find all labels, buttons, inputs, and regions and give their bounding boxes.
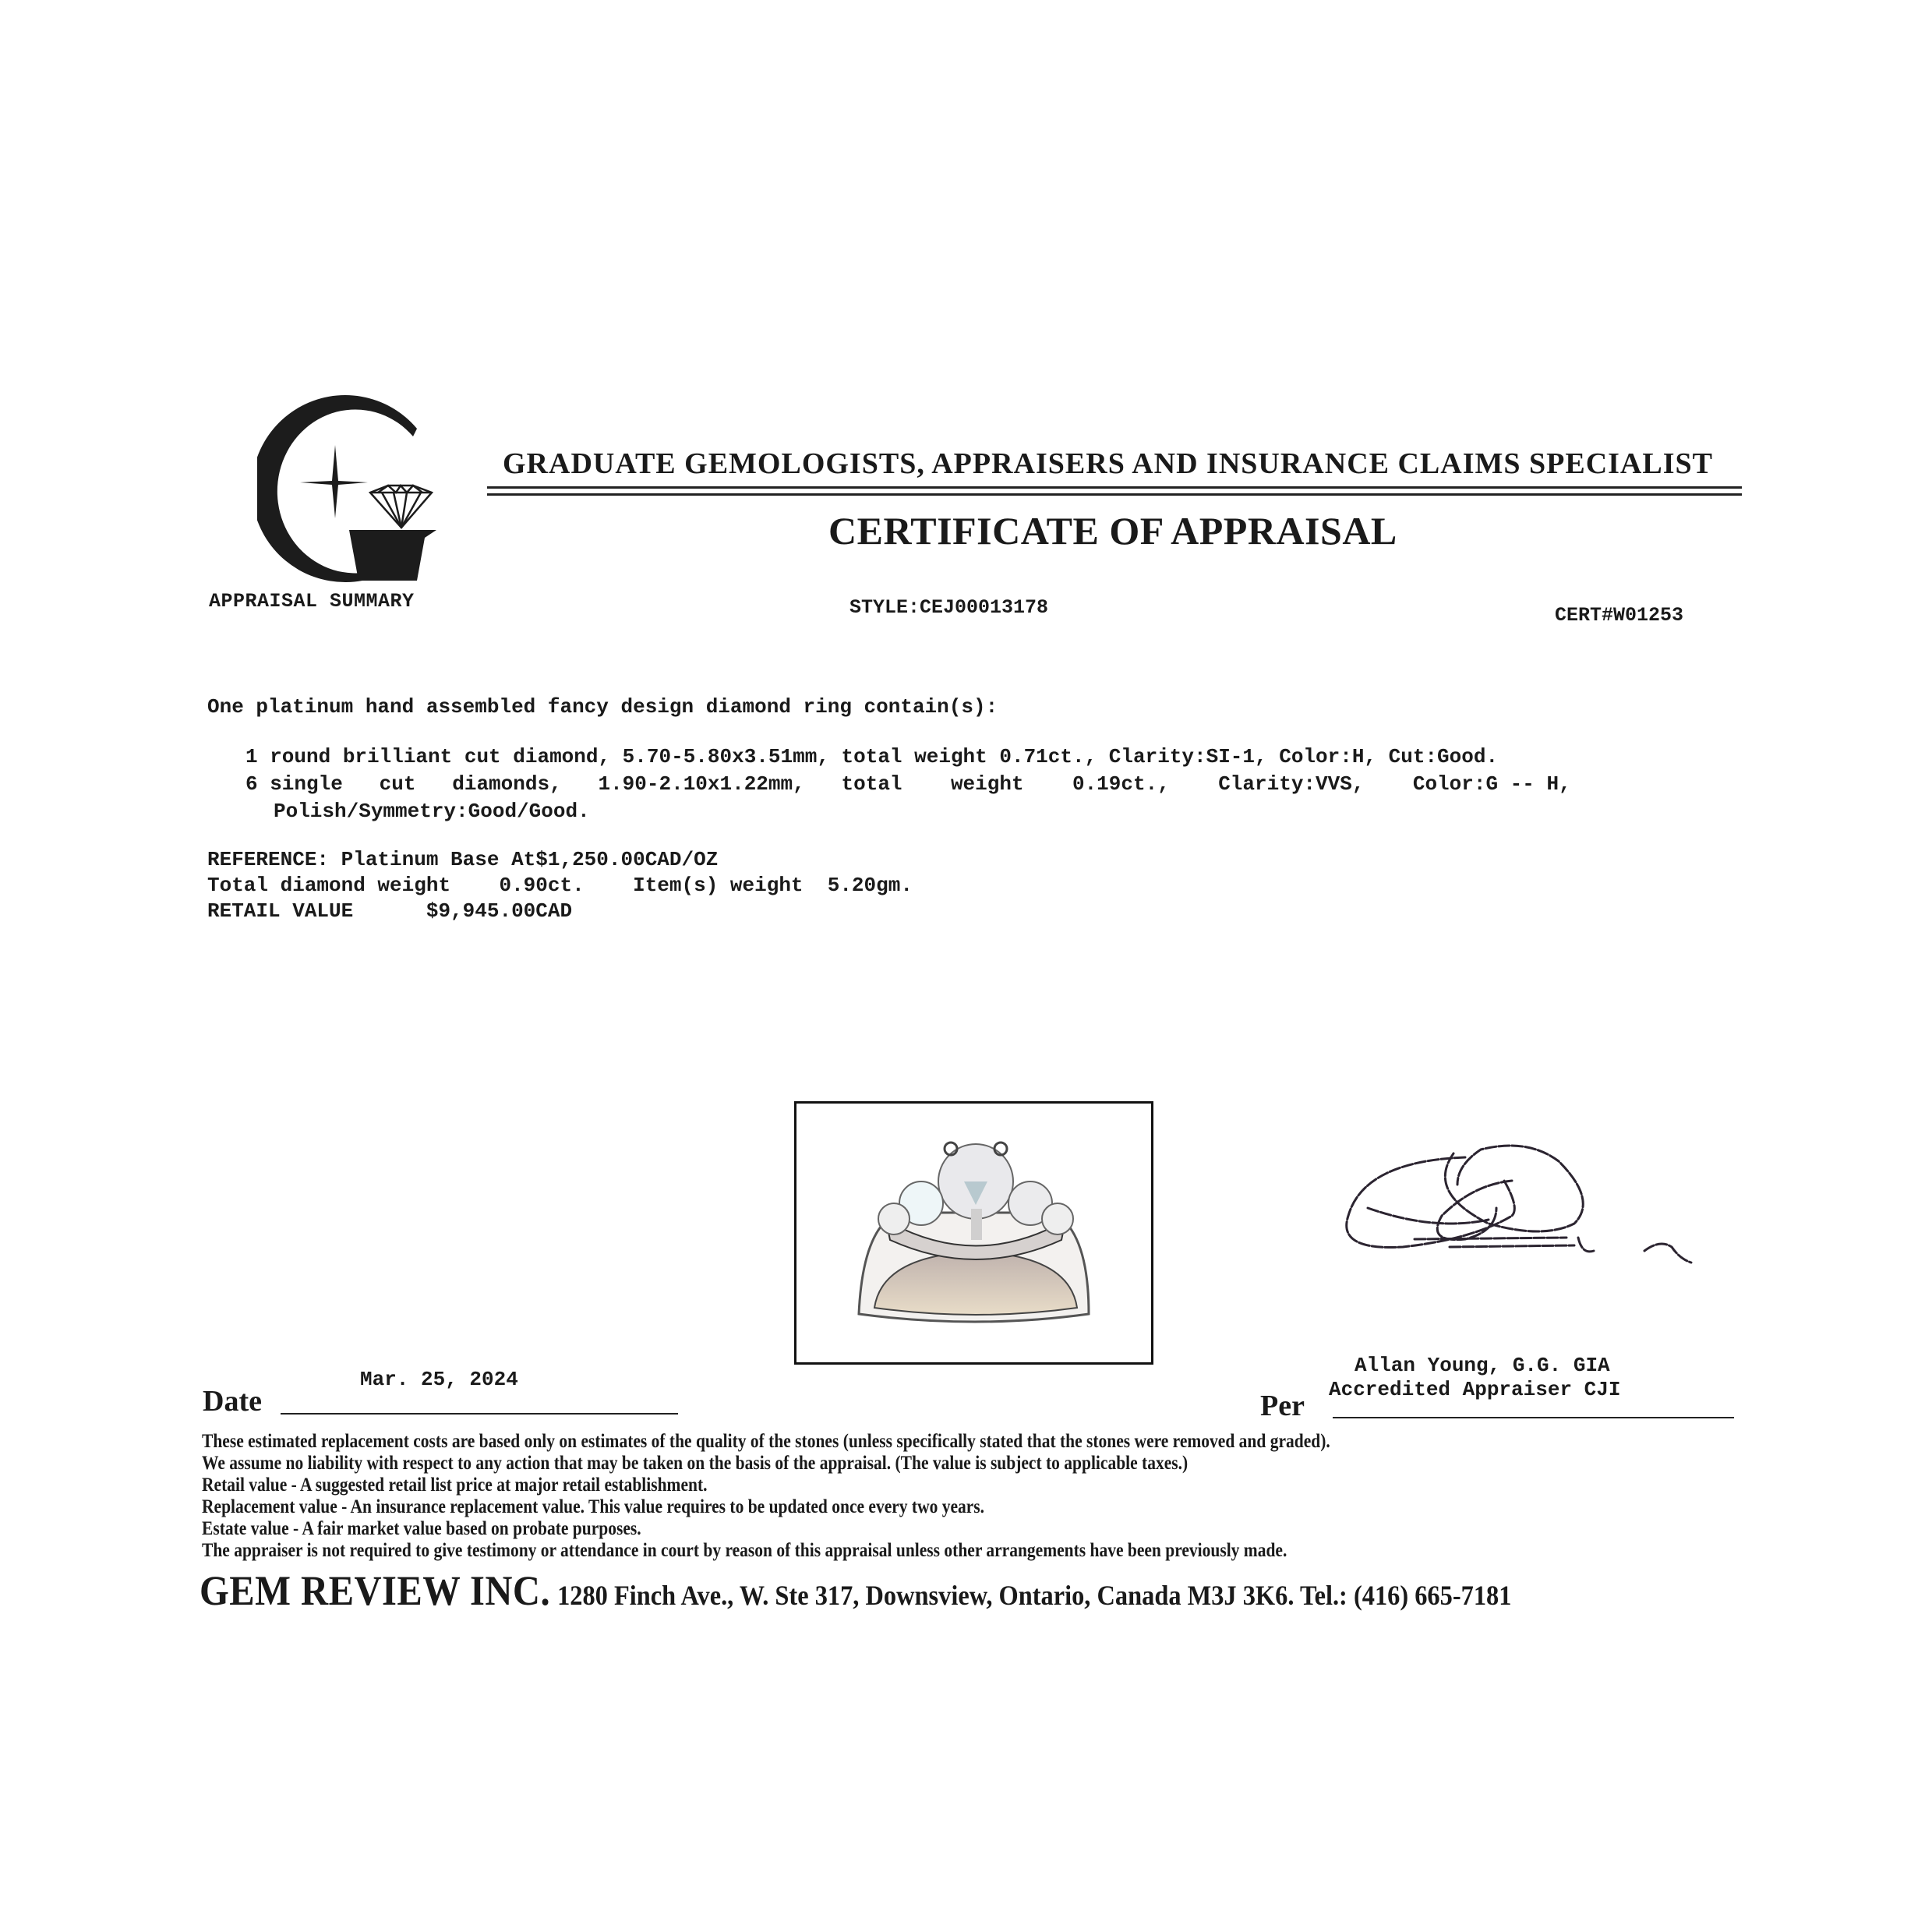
handwritten-signature-icon bbox=[1317, 1122, 1730, 1278]
disclaimer-line: The appraiser is not required to give te… bbox=[202, 1540, 1287, 1562]
g-diamond-logo-icon bbox=[257, 394, 444, 588]
date-underline bbox=[281, 1413, 678, 1415]
disclaimer-line: Estate value - A fair market value based… bbox=[202, 1518, 641, 1540]
disclaimer-line: Retail value - A suggested retail list p… bbox=[202, 1475, 708, 1496]
appraisal-summary-label: APPRAISAL SUMMARY bbox=[209, 590, 415, 613]
reference-line: REFERENCE: Platinum Base At$1,250.00CAD/… bbox=[207, 848, 718, 871]
stone-line-center-diamond: 1 round brilliant cut diamond, 5.70-5.80… bbox=[245, 745, 1498, 768]
certificate-title: CERTIFICATE OF APPRAISAL bbox=[828, 508, 1397, 553]
stone-line-side-diamonds: 6 single cut diamonds, 1.90-2.10x1.22mm,… bbox=[245, 772, 1571, 796]
ring-photo-icon bbox=[796, 1104, 1151, 1362]
disclaimer-line: These estimated replacement costs are ba… bbox=[202, 1431, 1330, 1453]
heading-rule-bottom bbox=[487, 493, 1742, 496]
ring-photo bbox=[794, 1101, 1153, 1365]
organization-heading: GRADUATE GEMOLOGISTS, APPRAISERS AND INS… bbox=[503, 447, 1713, 481]
company-name: GEM REVIEW INC. bbox=[200, 1567, 550, 1614]
company-address: 1280 Finch Ave., W. Ste 317, Downsview, … bbox=[557, 1580, 1511, 1611]
stone-line-side-diamonds-cont: Polish/Symmetry:Good/Good. bbox=[274, 800, 590, 823]
date-label: Date bbox=[203, 1384, 262, 1418]
company-footer: GEM REVIEW INC. 1280 Finch Ave., W. Ste … bbox=[200, 1566, 1511, 1615]
appraiser-name: Allan Young, G.G. GIA bbox=[1355, 1354, 1610, 1377]
disclaimer-line: Replacement value - An insurance replace… bbox=[202, 1496, 984, 1518]
style-number: STYLE:CEJ00013178 bbox=[849, 596, 1048, 619]
item-description-intro: One platinum hand assembled fancy design… bbox=[207, 695, 998, 719]
appraiser-title: Accredited Appraiser CJI bbox=[1329, 1378, 1620, 1401]
heading-rule-top bbox=[487, 486, 1742, 489]
retail-value-line: RETAIL VALUE $9,945.00CAD bbox=[207, 899, 572, 923]
signature-underline bbox=[1333, 1417, 1734, 1418]
disclaimer-line: We assume no liability with respect to a… bbox=[202, 1453, 1188, 1475]
total-weight-line: Total diamond weight 0.90ct. Item(s) wei… bbox=[207, 874, 913, 897]
appraisal-date: Mar. 25, 2024 bbox=[360, 1368, 518, 1391]
per-label: Per bbox=[1260, 1389, 1305, 1423]
certificate-number: CERT#W01253 bbox=[1555, 604, 1683, 627]
